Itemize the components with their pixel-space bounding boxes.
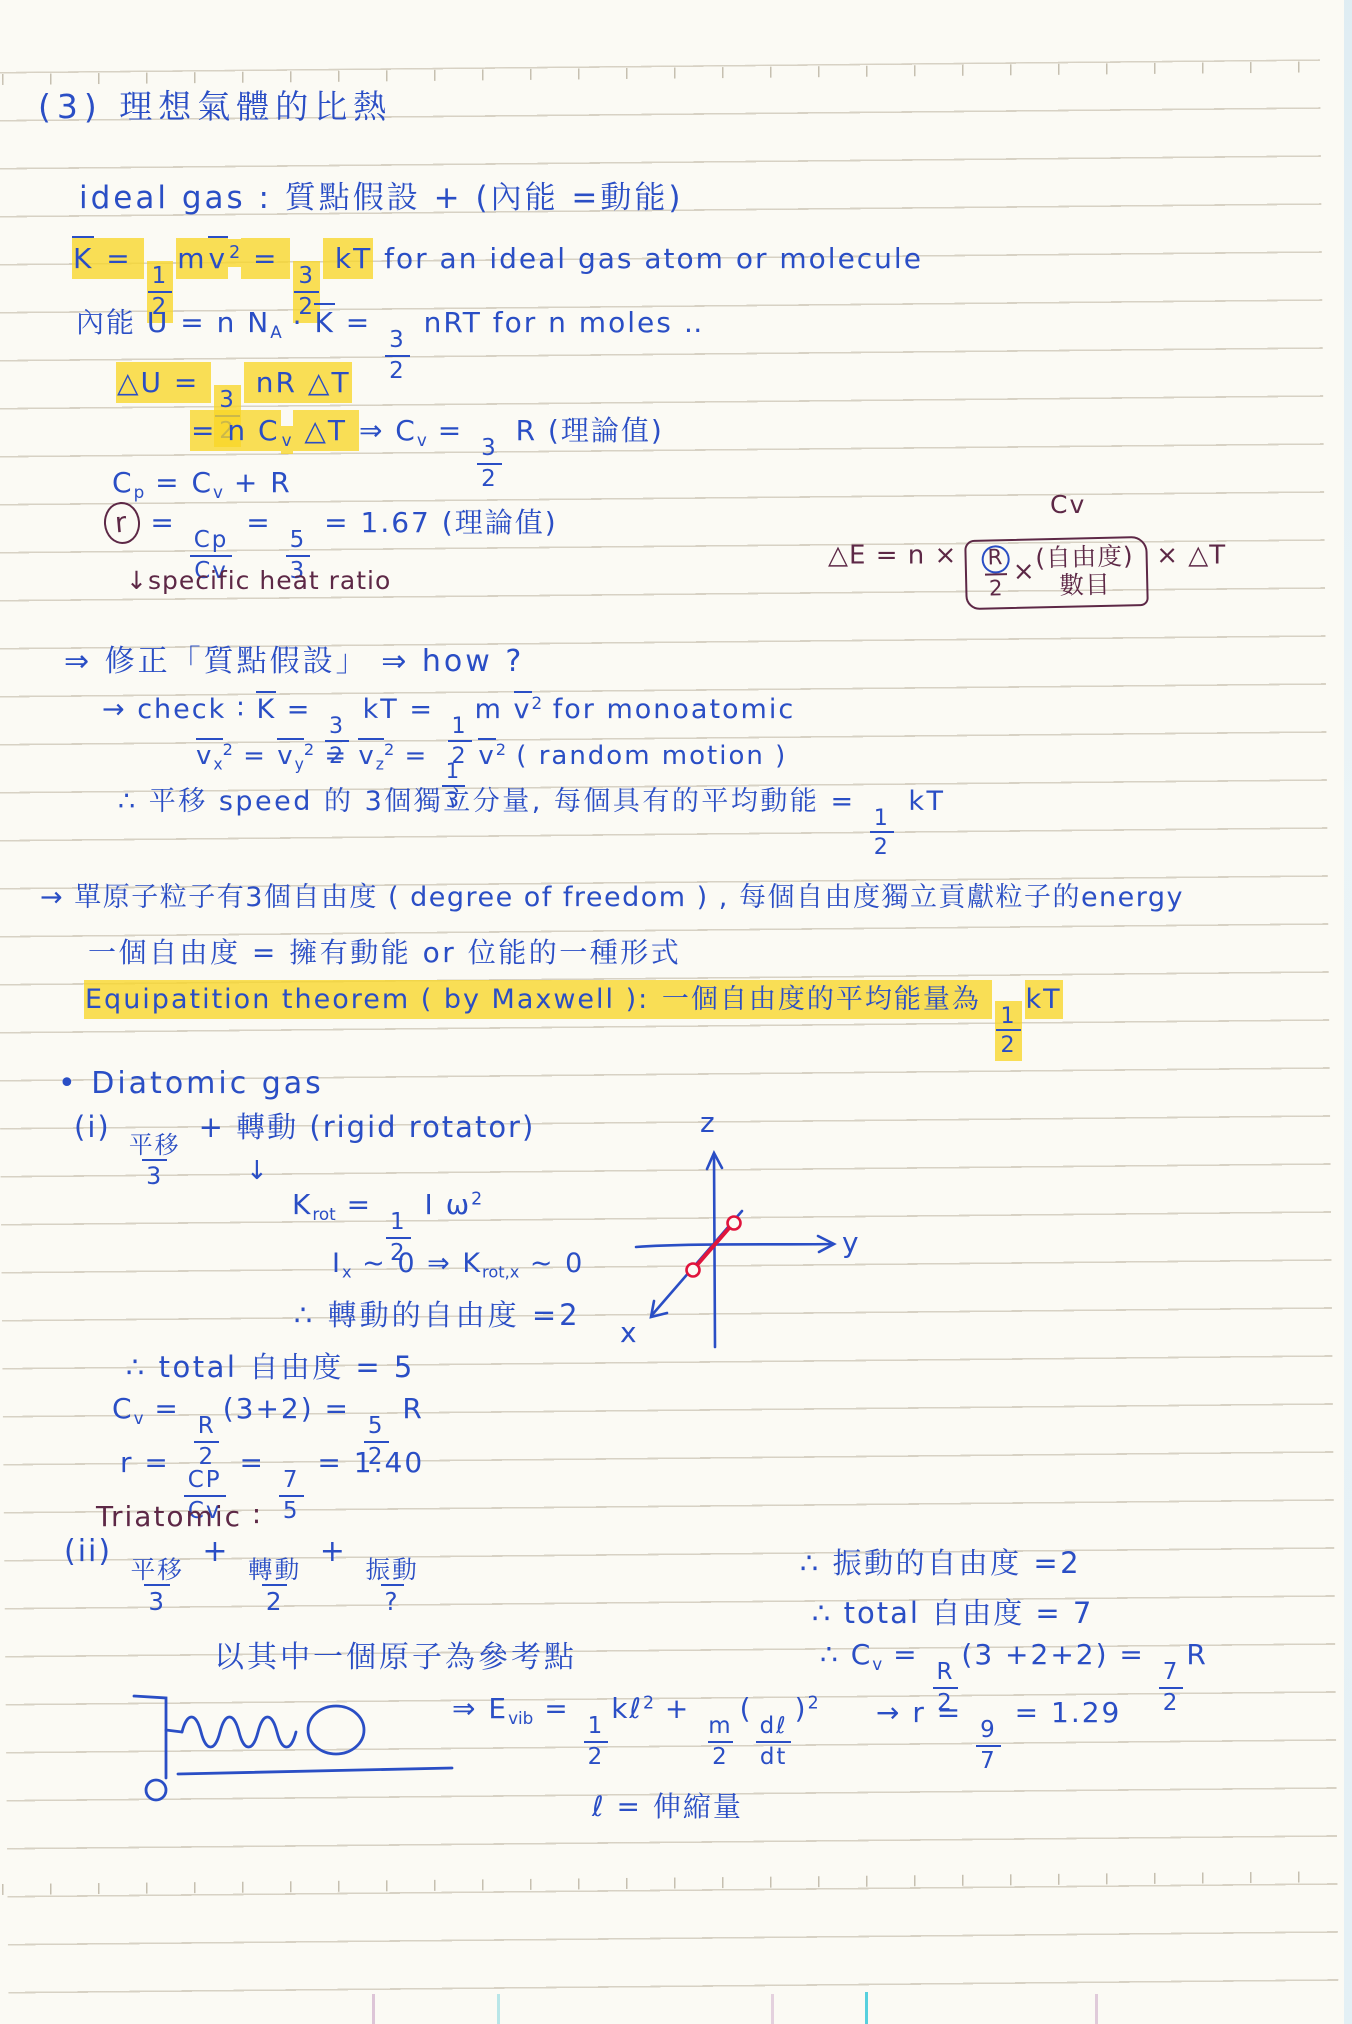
line-ideal-gas-def: ideal gas : 質點假設 + (內能 =動能)	[79, 180, 684, 217]
formula-delta-e-box: △E = n ×R2 × (自由度)數目× △T	[828, 538, 1226, 608]
line-three-components: ∴ 平移 speed 的 3個獨立分量, 每個具有的平均動能 = 12 kT	[118, 786, 946, 859]
axis-label-z: z	[700, 1106, 717, 1139]
notebook-page: (3) 理想氣體的比熱 ideal gas : 質點假設 + (內能 =動能) …	[0, 0, 1352, 2024]
line-vibration-dof-2: ∴ 振動的自由度 =2	[800, 1546, 1081, 1580]
formula-ix-zero: Ix ∼ 0 ⇒ Krot,x ∼ 0	[332, 1248, 584, 1282]
line-equipartition-theorem: Equipatition theorem ( by Maxwell ): 一個自…	[84, 984, 1063, 1061]
heading-diatomic-gas: • Diatomic gas	[58, 1066, 324, 1101]
formula-cp: Cp = Cv + R	[112, 466, 292, 503]
spring-oscillator-diagram	[100, 1686, 480, 1816]
arrow-under-rotation: ↓	[246, 1156, 270, 1187]
top-tick-marks	[2, 61, 1312, 85]
line-monoatomic-dof: → 單原子粒子有3個自由度 ( degree of freedom ) , 每個…	[40, 882, 1184, 914]
page-title: (3) 理想氣體的比熱	[38, 88, 392, 127]
diatomic-molecule-axes-diagram	[598, 1095, 878, 1365]
line-one-dof-def: 一個自由度 = 擁有動能 or 位能的一種形式	[88, 936, 681, 969]
line-total-dof-7: ∴ total 自由度 = 7	[812, 1596, 1093, 1630]
formula-evib: ⇒ Evib = 12kℓ2 + m2(dℓdt)2	[452, 1692, 819, 1769]
bleed-mark	[372, 1994, 375, 2024]
line-l-definition: ℓ = 伸縮量	[592, 1790, 743, 1823]
line-fix-assumption: ⇒ 修正「質點假設」 ⇒ how ?	[64, 644, 524, 679]
formula-gamma-1-29: → r = 97 = 1.29	[876, 1696, 1121, 1773]
line-total-dof-5: ∴ total 自由度 = 5	[126, 1350, 415, 1384]
line-rigid-rotator: (i) 平移3 + 轉動 (rigid rotator)	[74, 1110, 535, 1188]
label-cv-over-box: Cv	[1050, 490, 1086, 520]
line-rotation-dof-2: ∴ 轉動的自由度 =2	[294, 1298, 581, 1332]
axis-label-y: y	[842, 1226, 861, 1259]
bleed-mark	[771, 1994, 774, 2024]
line-triatomic-modes: (ii) 平移3 + 轉動2 + 振動?	[64, 1534, 426, 1614]
axis-label-x: x	[620, 1316, 639, 1349]
bleed-mark	[865, 1992, 868, 2024]
bleed-mark	[1095, 1994, 1098, 2024]
note-specific-heat-ratio: ↓specific heat ratio	[126, 566, 391, 596]
bottom-tick-marks	[2, 1871, 1312, 1895]
heading-triatomic: Triatomic ∶	[96, 1500, 262, 1533]
page-right-edge	[1344, 0, 1352, 2024]
line-reference-atom: 以其中一個原子為參考點	[214, 1640, 577, 1675]
bleed-mark	[497, 1994, 500, 2024]
